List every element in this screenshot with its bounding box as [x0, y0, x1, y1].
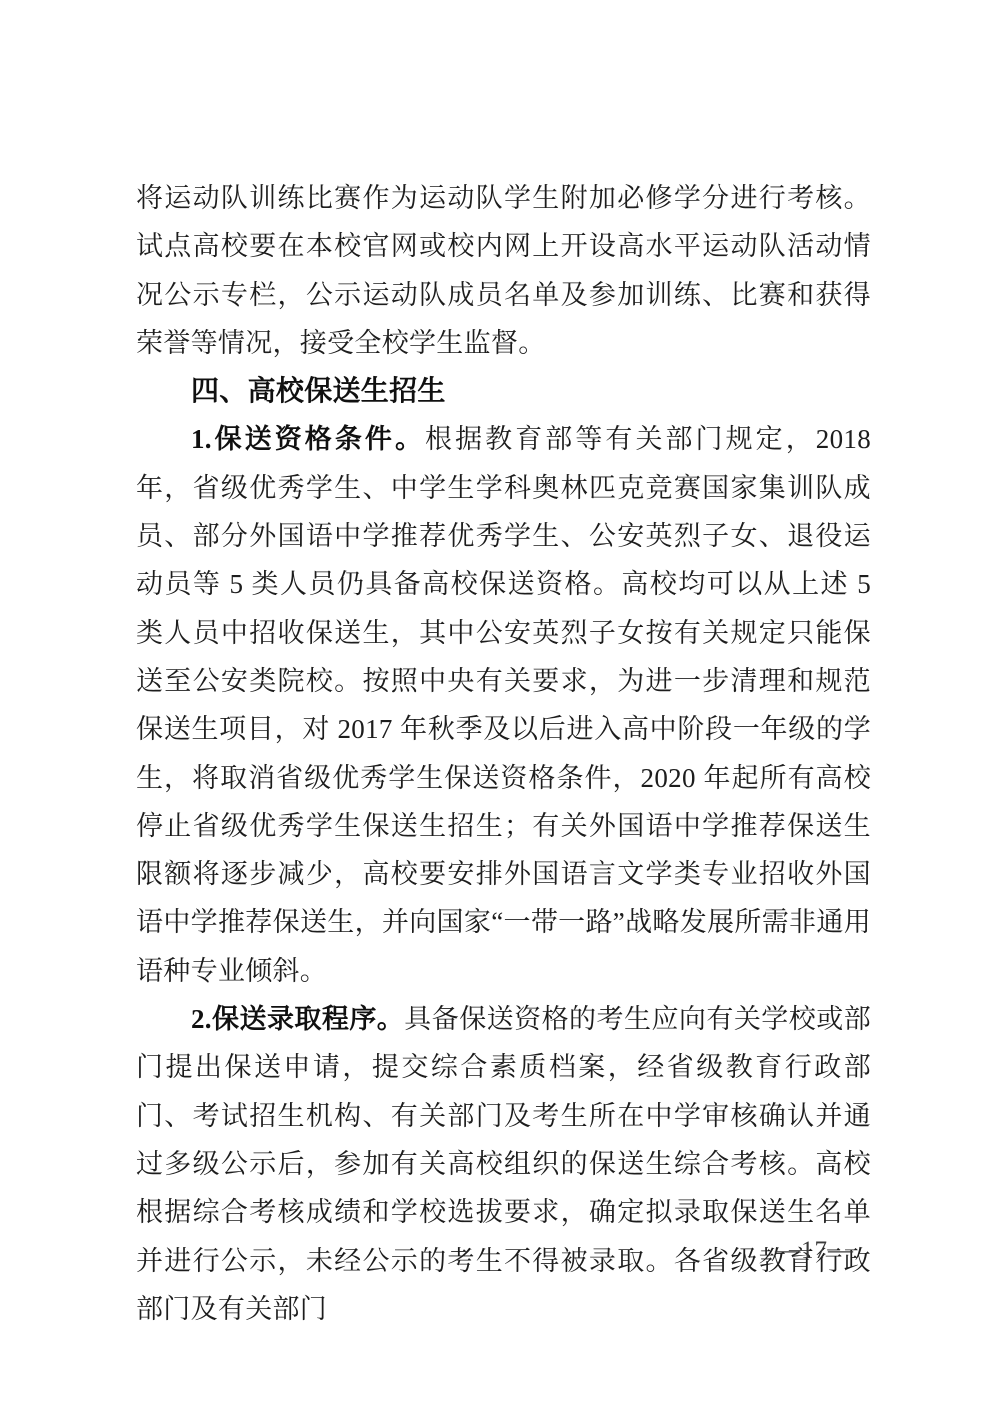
paragraph-admission-eligibility: 1.保送资格条件。根据教育部等有关部门规定，2018 年，省级优秀学生、中学生学… — [136, 415, 871, 995]
intro-paragraph: 将运动队训练比赛作为运动队学生附加必修学分进行考核。试点高校要在本校官网或校内网… — [136, 174, 871, 367]
paragraph-lead: 1.保送资格条件。 — [191, 424, 425, 454]
paragraph-lead: 2.保送录取程序。 — [191, 1004, 404, 1034]
paragraph-body: 根据教育部等有关部门规定，2018 年，省级优秀学生、中学生学科奥林匹克竞赛国家… — [136, 424, 871, 985]
paragraph-admission-procedure: 2.保送录取程序。具备保送资格的考生应向有关学校或部门提出保送申请，提交综合素质… — [136, 995, 871, 1333]
section-heading: 四、高校保送生招生 — [136, 367, 871, 415]
document-page: 将运动队训练比赛作为运动队学生附加必修学分进行考核。试点高校要在本校官网或校内网… — [0, 0, 1000, 1415]
document-body: 将运动队训练比赛作为运动队学生附加必修学分进行考核。试点高校要在本校官网或校内网… — [136, 174, 871, 1333]
page-number: —17— — [775, 1236, 854, 1266]
paragraph-body: 具备保送资格的考生应向有关学校或部门提出保送申请，提交综合素质档案，经省级教育行… — [136, 1004, 871, 1324]
